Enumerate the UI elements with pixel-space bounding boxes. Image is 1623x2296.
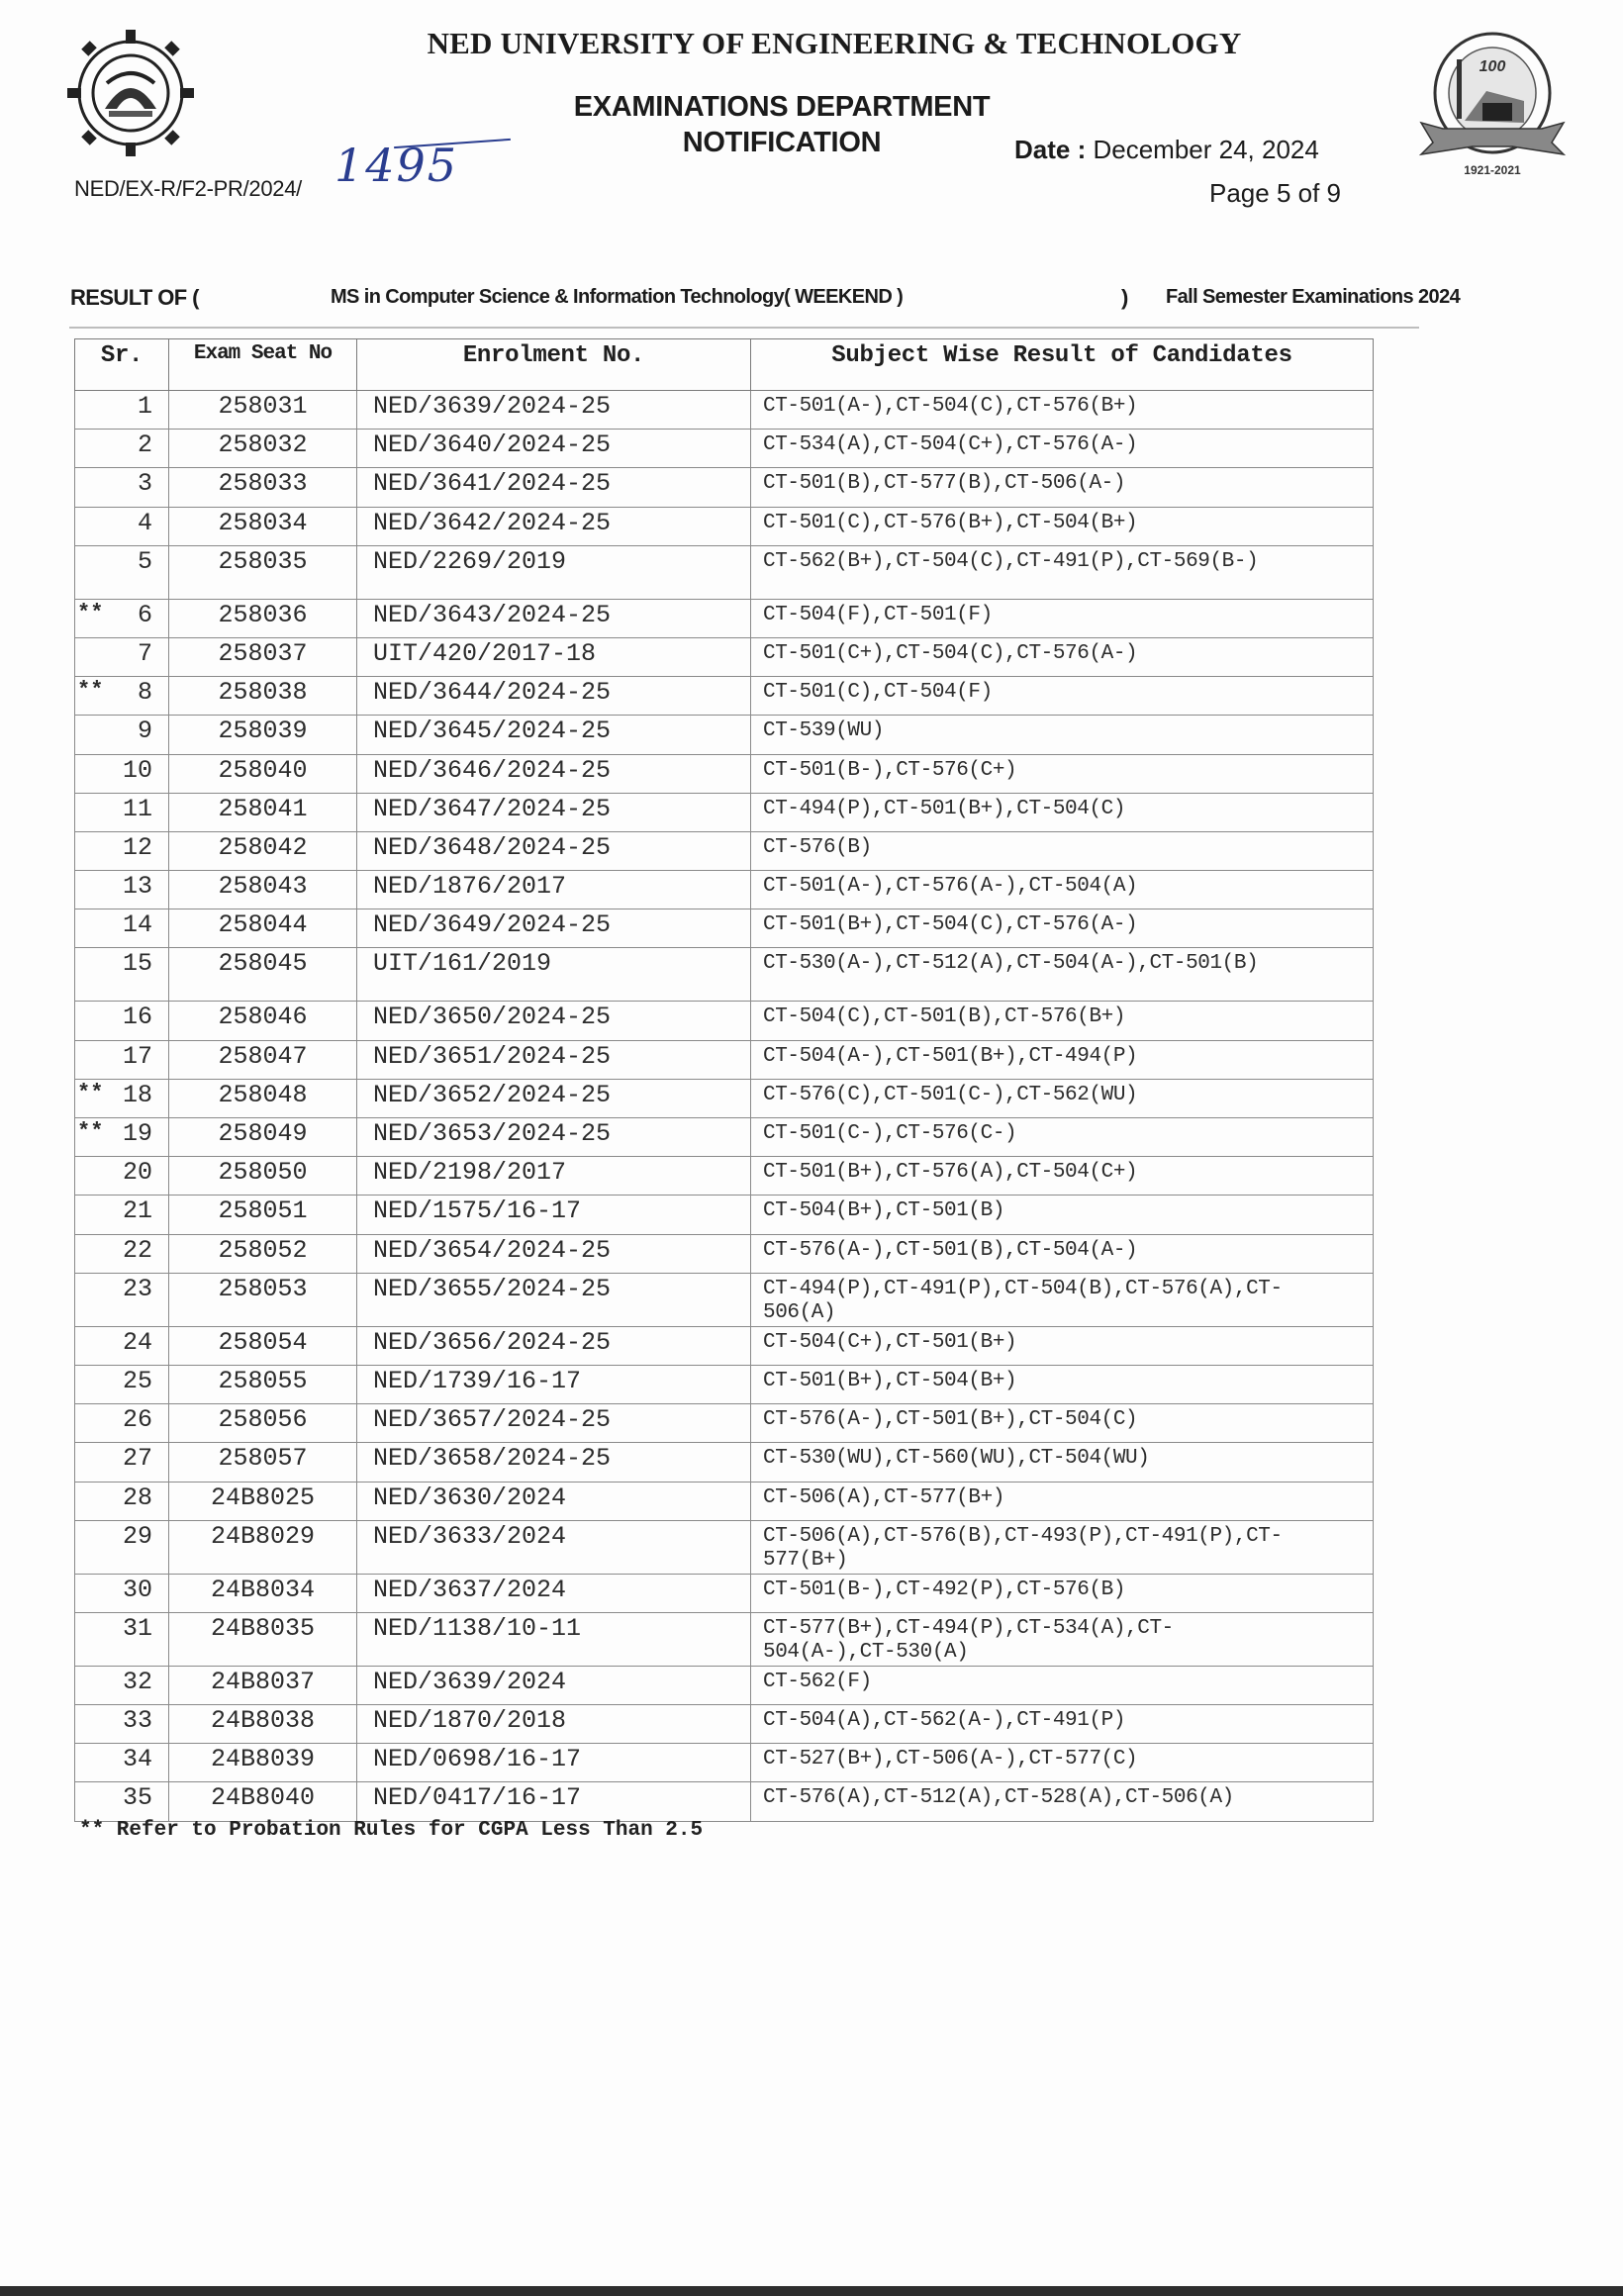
table-row: 9258039NED/3645/2024-25CT-539(WU): [75, 716, 1374, 754]
cell-sr: 7: [75, 637, 169, 676]
cell-enrolment: NED/3633/2024: [357, 1520, 751, 1574]
cell-seat-no: 24B8034: [169, 1574, 357, 1612]
cell-enrolment: NED/3637/2024: [357, 1574, 751, 1612]
cell-seat-no: 24B8025: [169, 1482, 357, 1520]
sr-number: 16: [123, 1003, 152, 1031]
cell-seat-no: 258046: [169, 1002, 357, 1040]
cell-enrolment: NED/3651/2024-25: [357, 1040, 751, 1079]
cell-subject-result: CT-530(A-),CT-512(A),CT-504(A-),CT-501(B…: [751, 948, 1374, 1002]
table-row: 2258032NED/3640/2024-25CT-534(A),CT-504(…: [75, 430, 1374, 468]
table-row: 17258047NED/3651/2024-25CT-504(A-),CT-50…: [75, 1040, 1374, 1079]
svg-text:1921-2021: 1921-2021: [1464, 163, 1521, 177]
cell-subject-result: CT-576(A-),CT-501(B+),CT-504(C): [751, 1404, 1374, 1443]
table-row: 3424B8039NED/0698/16-17CT-527(B+),CT-506…: [75, 1744, 1374, 1782]
cell-sr: 27: [75, 1443, 169, 1482]
sr-number: 4: [138, 509, 152, 537]
cell-subject-result: CT-534(A),CT-504(C+),CT-576(A-): [751, 430, 1374, 468]
probation-mark: **: [75, 601, 103, 625]
column-header-seat: Exam Seat No: [169, 339, 357, 391]
table-row: 3224B8037NED/3639/2024CT-562(F): [75, 1666, 1374, 1704]
table-row: 13258043NED/1876/2017CT-501(A-),CT-576(A…: [75, 871, 1374, 909]
cell-sr: **18: [75, 1079, 169, 1117]
cell-subject-result: CT-501(B+),CT-576(A),CT-504(C+): [751, 1157, 1374, 1196]
cell-subject-result: CT-501(A-),CT-504(C),CT-576(B+): [751, 391, 1374, 430]
cell-enrolment: NED/3652/2024-25: [357, 1079, 751, 1117]
cell-seat-no: 258040: [169, 754, 357, 793]
cell-enrolment: NED/3639/2024: [357, 1666, 751, 1704]
table-row: 27258057NED/3658/2024-25CT-530(WU),CT-56…: [75, 1443, 1374, 1482]
column-header-sr: Sr.: [75, 339, 169, 391]
cell-subject-result: CT-504(B+),CT-501(B): [751, 1196, 1374, 1234]
cell-seat-no: 258056: [169, 1404, 357, 1443]
department-title: EXAMINATIONS DEPARTMENT: [534, 91, 1029, 124]
cell-sr: 10: [75, 754, 169, 793]
cell-enrolment: NED/3644/2024-25: [357, 677, 751, 716]
cell-subject-result: CT-504(A),CT-562(A-),CT-491(P): [751, 1705, 1374, 1744]
cell-subject-result: CT-501(B-),CT-492(P),CT-576(B): [751, 1574, 1374, 1612]
sr-number: 26: [123, 1405, 152, 1434]
sr-number: 5: [138, 547, 152, 576]
cell-enrolment: NED/3653/2024-25: [357, 1118, 751, 1157]
cell-sr: 25: [75, 1365, 169, 1403]
cell-seat-no: 258031: [169, 391, 357, 430]
sr-number: 3: [138, 469, 152, 498]
cell-seat-no: 258054: [169, 1326, 357, 1365]
sr-number: 15: [123, 949, 152, 978]
cell-subject-result: CT-576(A),CT-512(A),CT-528(A),CT-506(A): [751, 1782, 1374, 1821]
result-of-close: ): [1121, 285, 1128, 311]
sr-number: 34: [123, 1745, 152, 1773]
cell-sr: 28: [75, 1482, 169, 1520]
cell-enrolment: NED/1138/10-11: [357, 1612, 751, 1666]
cell-seat-no: 258048: [169, 1079, 357, 1117]
cell-sr: 34: [75, 1744, 169, 1782]
sr-number: 32: [123, 1668, 152, 1696]
table-row: **6258036NED/3643/2024-25CT-504(F),CT-50…: [75, 599, 1374, 637]
sr-number: 18: [123, 1081, 152, 1109]
sr-number: 10: [123, 756, 152, 785]
cell-enrolment: NED/3641/2024-25: [357, 468, 751, 507]
cell-sr: 29: [75, 1520, 169, 1574]
table-row: 21258051NED/1575/16-17CT-504(B+),CT-501(…: [75, 1196, 1374, 1234]
cell-sr: 24: [75, 1326, 169, 1365]
probation-mark: **: [75, 1081, 103, 1105]
results-table: Sr. Exam Seat No Enrolment No. Subject W…: [74, 338, 1374, 1822]
cell-seat-no: 258041: [169, 793, 357, 831]
cell-seat-no: 24B8038: [169, 1705, 357, 1744]
table-row: 3258033NED/3641/2024-25CT-501(B),CT-577(…: [75, 468, 1374, 507]
cell-subject-result: CT-501(B),CT-577(B),CT-506(A-): [751, 468, 1374, 507]
table-row: **19258049NED/3653/2024-25CT-501(C-),CT-…: [75, 1118, 1374, 1157]
table-row: 25258055NED/1739/16-17CT-501(B+),CT-504(…: [75, 1365, 1374, 1403]
cell-subject-result: CT-506(A),CT-576(B),CT-493(P),CT-491(P),…: [751, 1520, 1374, 1574]
table-row: 10258040NED/3646/2024-25CT-501(B-),CT-57…: [75, 754, 1374, 793]
sr-number: 23: [123, 1275, 152, 1303]
cell-sr: 5: [75, 545, 169, 599]
column-header-enrolment: Enrolment No.: [357, 339, 751, 391]
cell-sr: 14: [75, 909, 169, 948]
cell-sr: 2: [75, 430, 169, 468]
column-header-result: Subject Wise Result of Candidates: [751, 339, 1374, 391]
cell-enrolment: NED/0417/16-17: [357, 1782, 751, 1821]
cell-subject-result: CT-504(C),CT-501(B),CT-576(B+): [751, 1002, 1374, 1040]
cell-enrolment: NED/1876/2017: [357, 871, 751, 909]
cell-sr: 13: [75, 871, 169, 909]
cell-sr: 26: [75, 1404, 169, 1443]
sr-number: 27: [123, 1444, 152, 1473]
cell-enrolment: NED/3650/2024-25: [357, 1002, 751, 1040]
cell-enrolment: NED/3642/2024-25: [357, 507, 751, 545]
university-name: NED UNIVERSITY OF ENGINEERING & TECHNOLO…: [0, 26, 1623, 61]
cell-sr: 17: [75, 1040, 169, 1079]
cell-sr: 12: [75, 831, 169, 870]
cell-subject-result: CT-576(B): [751, 831, 1374, 870]
sr-number: 1: [138, 392, 152, 421]
cell-seat-no: 258049: [169, 1118, 357, 1157]
cell-sr: 33: [75, 1705, 169, 1744]
table-row: 16258046NED/3650/2024-25CT-504(C),CT-501…: [75, 1002, 1374, 1040]
sr-number: 19: [123, 1119, 152, 1148]
cell-subject-result: CT-494(P),CT-501(B+),CT-504(C): [751, 793, 1374, 831]
notification-date: Date : December 24, 2024: [1014, 135, 1319, 165]
cell-sr: 11: [75, 793, 169, 831]
table-row: 15258045UIT/161/2019CT-530(A-),CT-512(A)…: [75, 948, 1374, 1002]
cell-subject-result: CT-530(WU),CT-560(WU),CT-504(WU): [751, 1443, 1374, 1482]
sr-number: 13: [123, 872, 152, 901]
cell-subject-result: CT-501(C),CT-504(F): [751, 677, 1374, 716]
sr-number: 8: [138, 678, 152, 707]
cell-enrolment: NED/0698/16-17: [357, 1744, 751, 1782]
table-row: 23258053NED/3655/2024-25CT-494(P),CT-491…: [75, 1273, 1374, 1326]
cell-enrolment: NED/3657/2024-25: [357, 1404, 751, 1443]
cell-enrolment: NED/2198/2017: [357, 1157, 751, 1196]
cell-enrolment: UIT/161/2019: [357, 948, 751, 1002]
table-row: **18258048NED/3652/2024-25CT-576(C),CT-5…: [75, 1079, 1374, 1117]
cell-subject-result: CT-501(A-),CT-576(A-),CT-504(A): [751, 871, 1374, 909]
cell-enrolment: UIT/420/2017-18: [357, 637, 751, 676]
cell-enrolment: NED/3647/2024-25: [357, 793, 751, 831]
cell-seat-no: 258044: [169, 909, 357, 948]
program-name: MS in Computer Science & Information Tec…: [331, 286, 903, 309]
table-row: **8258038NED/3644/2024-25CT-501(C),CT-50…: [75, 677, 1374, 716]
cell-seat-no: 258047: [169, 1040, 357, 1079]
cell-sr: 23: [75, 1273, 169, 1326]
cell-sr: 15: [75, 948, 169, 1002]
cell-seat-no: 24B8039: [169, 1744, 357, 1782]
notification-title: NOTIFICATION: [633, 127, 930, 159]
table-row: 4258034NED/3642/2024-25CT-501(C),CT-576(…: [75, 507, 1374, 545]
cell-subject-result: CT-539(WU): [751, 716, 1374, 754]
cell-enrolment: NED/3630/2024: [357, 1482, 751, 1520]
cell-seat-no: 258051: [169, 1196, 357, 1234]
sr-number: 31: [123, 1614, 152, 1643]
semester-name: Fall Semester Examinations 2024: [1166, 286, 1460, 309]
cell-seat-no: 24B8029: [169, 1520, 357, 1574]
cell-seat-no: 258032: [169, 430, 357, 468]
cell-seat-no: 258050: [169, 1157, 357, 1196]
cell-seat-no: 258045: [169, 948, 357, 1002]
cell-subject-result: CT-562(B+),CT-504(C),CT-491(P),CT-569(B-…: [751, 545, 1374, 599]
cell-subject-result: CT-501(B-),CT-576(C+): [751, 754, 1374, 793]
cell-seat-no: 258057: [169, 1443, 357, 1482]
table-row: 12258042NED/3648/2024-25CT-576(B): [75, 831, 1374, 870]
probation-mark: **: [75, 678, 103, 703]
cell-seat-no: 258039: [169, 716, 357, 754]
cell-seat-no: 258055: [169, 1365, 357, 1403]
page-indicator: Page 5 of 9: [1209, 178, 1341, 209]
cell-subject-result: CT-576(A-),CT-501(B),CT-504(A-): [751, 1234, 1374, 1273]
sr-number: 33: [123, 1706, 152, 1735]
cell-sr: 20: [75, 1157, 169, 1196]
table-row: 26258056NED/3657/2024-25CT-576(A-),CT-50…: [75, 1404, 1374, 1443]
probation-mark: **: [75, 1119, 103, 1144]
date-value: December 24, 2024: [1093, 135, 1318, 164]
sr-number: 11: [123, 795, 152, 823]
cell-sr: 22: [75, 1234, 169, 1273]
cell-seat-no: 258035: [169, 545, 357, 599]
cell-enrolment: NED/3639/2024-25: [357, 391, 751, 430]
cell-enrolment: NED/3655/2024-25: [357, 1273, 751, 1326]
cell-enrolment: NED/3654/2024-25: [357, 1234, 751, 1273]
cell-seat-no: 258034: [169, 507, 357, 545]
cell-seat-no: 258053: [169, 1273, 357, 1326]
cell-seat-no: 258033: [169, 468, 357, 507]
cell-seat-no: 258036: [169, 599, 357, 637]
cell-seat-no: 24B8040: [169, 1782, 357, 1821]
cell-enrolment: NED/3658/2024-25: [357, 1443, 751, 1482]
sr-number: 14: [123, 910, 152, 939]
sr-number: 28: [123, 1483, 152, 1512]
cell-enrolment: NED/3656/2024-25: [357, 1326, 751, 1365]
cell-sr: **19: [75, 1118, 169, 1157]
cell-subject-result: CT-504(A-),CT-501(B+),CT-494(P): [751, 1040, 1374, 1079]
cell-seat-no: 258043: [169, 871, 357, 909]
cell-subject-result: CT-506(A),CT-577(B+): [751, 1482, 1374, 1520]
cell-subject-result: CT-527(B+),CT-506(A-),CT-577(C): [751, 1744, 1374, 1782]
table-row: 14258044NED/3649/2024-25CT-501(B+),CT-50…: [75, 909, 1374, 948]
table-row: 3024B8034NED/3637/2024CT-501(B-),CT-492(…: [75, 1574, 1374, 1612]
cell-subject-result: CT-494(P),CT-491(P),CT-504(B),CT-576(A),…: [751, 1273, 1374, 1326]
cell-subject-result: CT-562(F): [751, 1666, 1374, 1704]
cell-enrolment: NED/3640/2024-25: [357, 430, 751, 468]
table-row: 3124B8035NED/1138/10-11CT-577(B+),CT-494…: [75, 1612, 1374, 1666]
cell-seat-no: 258042: [169, 831, 357, 870]
sr-number: 7: [138, 639, 152, 668]
divider: [69, 327, 1419, 329]
sr-number: 21: [123, 1196, 152, 1225]
reference-number: NED/EX-R/F2-PR/2024/: [74, 176, 302, 202]
cell-seat-no: 24B8035: [169, 1612, 357, 1666]
table-row: 2924B8029NED/3633/2024CT-506(A),CT-576(B…: [75, 1520, 1374, 1574]
table-row: 24258054NED/3656/2024-25CT-504(C+),CT-50…: [75, 1326, 1374, 1365]
table-row: 5258035NED/2269/2019CT-562(B+),CT-504(C)…: [75, 545, 1374, 599]
sr-number: 24: [123, 1328, 152, 1357]
cell-sr: **8: [75, 677, 169, 716]
table-row: 3524B8040NED/0417/16-17CT-576(A),CT-512(…: [75, 1782, 1374, 1821]
cell-sr: 30: [75, 1574, 169, 1612]
cell-enrolment: NED/3646/2024-25: [357, 754, 751, 793]
sr-number: 12: [123, 833, 152, 862]
sr-number: 29: [123, 1522, 152, 1551]
sr-number: 6: [138, 601, 152, 629]
cell-sr: 9: [75, 716, 169, 754]
cell-seat-no: 24B8037: [169, 1666, 357, 1704]
table-row: 11258041NED/3647/2024-25CT-494(P),CT-501…: [75, 793, 1374, 831]
cell-subject-result: CT-501(C),CT-576(B+),CT-504(B+): [751, 507, 1374, 545]
sr-number: 2: [138, 430, 152, 459]
cell-enrolment: NED/1575/16-17: [357, 1196, 751, 1234]
table-row: 2824B8025NED/3630/2024CT-506(A),CT-577(B…: [75, 1482, 1374, 1520]
table-row: 7258037UIT/420/2017-18CT-501(C+),CT-504(…: [75, 637, 1374, 676]
probation-footnote: ** Refer to Probation Rules for CGPA Les…: [79, 1819, 703, 1842]
sr-number: 9: [138, 717, 152, 745]
sr-number: 35: [123, 1783, 152, 1812]
cell-seat-no: 258052: [169, 1234, 357, 1273]
cell-enrolment: NED/1739/16-17: [357, 1365, 751, 1403]
cell-enrolment: NED/3645/2024-25: [357, 716, 751, 754]
cell-sr: 3: [75, 468, 169, 507]
cell-sr: 21: [75, 1196, 169, 1234]
cell-subject-result: CT-576(C),CT-501(C-),CT-562(WU): [751, 1079, 1374, 1117]
cell-subject-result: CT-501(C+),CT-504(C),CT-576(A-): [751, 637, 1374, 676]
scan-edge: [0, 2286, 1623, 2296]
cell-sr: 16: [75, 1002, 169, 1040]
cell-sr: **6: [75, 599, 169, 637]
sr-number: 20: [123, 1158, 152, 1187]
cell-sr: 1: [75, 391, 169, 430]
cell-sr: 35: [75, 1782, 169, 1821]
date-label: Date :: [1014, 135, 1086, 164]
sr-number: 17: [123, 1042, 152, 1071]
cell-seat-no: 258037: [169, 637, 357, 676]
cell-subject-result: CT-501(C-),CT-576(C-): [751, 1118, 1374, 1157]
cell-subject-result: CT-504(C+),CT-501(B+): [751, 1326, 1374, 1365]
table-row: 20258050NED/2198/2017CT-501(B+),CT-576(A…: [75, 1157, 1374, 1196]
sr-number: 22: [123, 1236, 152, 1265]
table-header-row: Sr. Exam Seat No Enrolment No. Subject W…: [75, 339, 1374, 391]
cell-enrolment: NED/1870/2018: [357, 1705, 751, 1744]
cell-subject-result: CT-501(B+),CT-504(B+): [751, 1365, 1374, 1403]
cell-enrolment: NED/3643/2024-25: [357, 599, 751, 637]
cell-enrolment: NED/2269/2019: [357, 545, 751, 599]
table-row: 1258031NED/3639/2024-25CT-501(A-),CT-504…: [75, 391, 1374, 430]
cell-sr: 4: [75, 507, 169, 545]
sr-number: 30: [123, 1576, 152, 1604]
sr-number: 25: [123, 1367, 152, 1395]
cell-subject-result: CT-501(B+),CT-504(C),CT-576(A-): [751, 909, 1374, 948]
cell-enrolment: NED/3648/2024-25: [357, 831, 751, 870]
cell-seat-no: 258038: [169, 677, 357, 716]
cell-subject-result: CT-504(F),CT-501(F): [751, 599, 1374, 637]
cell-sr: 32: [75, 1666, 169, 1704]
table-row: 3324B8038NED/1870/2018CT-504(A),CT-562(A…: [75, 1705, 1374, 1744]
cell-sr: 31: [75, 1612, 169, 1666]
result-of-label: RESULT OF (: [70, 285, 199, 311]
cell-subject-result: CT-577(B+),CT-494(P),CT-534(A),CT-504(A-…: [751, 1612, 1374, 1666]
cell-enrolment: NED/3649/2024-25: [357, 909, 751, 948]
table-row: 22258052NED/3654/2024-25CT-576(A-),CT-50…: [75, 1234, 1374, 1273]
